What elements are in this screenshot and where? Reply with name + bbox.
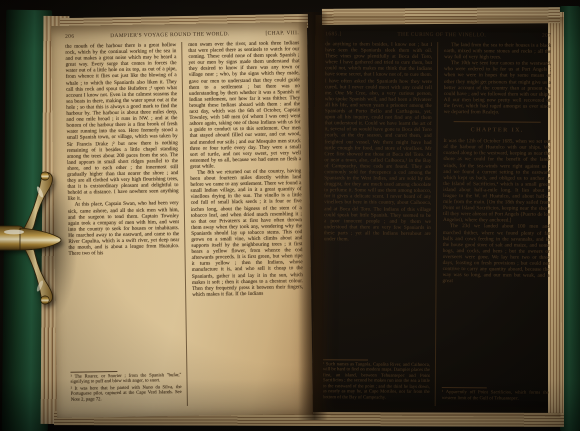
- right-page: 1685.] THE CURING OF THE VINELLO. 207 do…: [313, 15, 564, 417]
- brass-book-clip: [0, 140, 76, 344]
- left-column-1-text: the mouth of the harbour there is a grea…: [65, 42, 181, 368]
- right-page-header: 1685.] THE CURING OF THE VINELLO. 207: [325, 31, 551, 39]
- left-chapter-marker: [CHAP. VIII.: [265, 30, 299, 37]
- footnote-rule: [323, 359, 368, 360]
- paragraph: At this place, Captain Swan, who had bee…: [68, 200, 180, 257]
- left-footnotes: ¹ The Roarer, or Snorter ; from the Span…: [70, 367, 182, 408]
- footnote: ² It was here that he parted with Nuno d…: [71, 385, 182, 403]
- right-page-columns: do anything to them besides, I know not …: [323, 41, 552, 407]
- left-page: 206 DAMPIER'S VOYAGE ROUND THE WORLD. [C…: [51, 22, 313, 418]
- paragraph: It was the 12th of October 1685, when we…: [443, 138, 551, 224]
- left-column-2: men swam over the river, and took three …: [181, 40, 305, 406]
- left-page-header: 206 DAMPIER'S VOYAGE ROUND THE WORLD. [C…: [65, 30, 299, 40]
- right-page-number: 207: [542, 33, 551, 39]
- footnote: ¹ The Roarer, or Snorter ; from the Span…: [70, 373, 181, 386]
- paragraph: The land from the sea to their houses is…: [444, 42, 551, 61]
- paragraph: the mouth of the harbour there is a grea…: [65, 42, 178, 202]
- footnote: ¹ Such names as Tangola, Capalita River,…: [323, 362, 430, 401]
- paragraph: The 8th we returned out of the country, …: [190, 168, 303, 298]
- left-column-1: the mouth of the harbour there is a grea…: [65, 42, 187, 408]
- footnote-rule: [442, 387, 487, 388]
- chapter-divider-rule: [454, 121, 541, 123]
- left-running-title: DAMPIER'S VOYAGE ROUND THE WORLD.: [110, 31, 230, 39]
- footnote: ² Apparently off Point Sacrificios, whic…: [442, 390, 549, 402]
- left-column-2-text: men swam over the river, and took three …: [188, 40, 305, 406]
- right-column-1: do anything to them besides, I know not …: [323, 41, 438, 406]
- right-column-2-text: The land from the sea to their houses is…: [442, 42, 551, 385]
- book-photo: 206 DAMPIER'S VOYAGE ROUND THE WORLD. [C…: [0, 0, 580, 431]
- paragraph: do anything to them besides, I know not …: [324, 41, 432, 243]
- right-date-marker: 1685.]: [325, 31, 341, 37]
- footnote-rule: [70, 371, 117, 373]
- paragraph: men swam over the river, and took three …: [188, 40, 301, 170]
- right-column-1-footnotes: ¹ Such names as Tangola, Capalita River,…: [323, 356, 430, 406]
- left-page-number: 206: [65, 34, 74, 40]
- right-column-2-footnotes: ² Apparently off Point Sacrificios, whic…: [442, 384, 549, 407]
- left-page-columns: the mouth of the harbour there is a grea…: [65, 40, 305, 408]
- right-column-1-text: do anything to them besides, I know not …: [323, 41, 432, 356]
- right-column-2: The land from the sea to their houses is…: [435, 42, 552, 407]
- chapter-heading: CHAPTER IX.: [444, 127, 551, 134]
- right-running-title: THE CURING OF THE VINELLO.: [397, 32, 486, 39]
- paragraph: The 10th we sent four canoes to the west…: [444, 60, 551, 116]
- paragraph: The 23d we landed about 100 men and marc…: [443, 223, 550, 285]
